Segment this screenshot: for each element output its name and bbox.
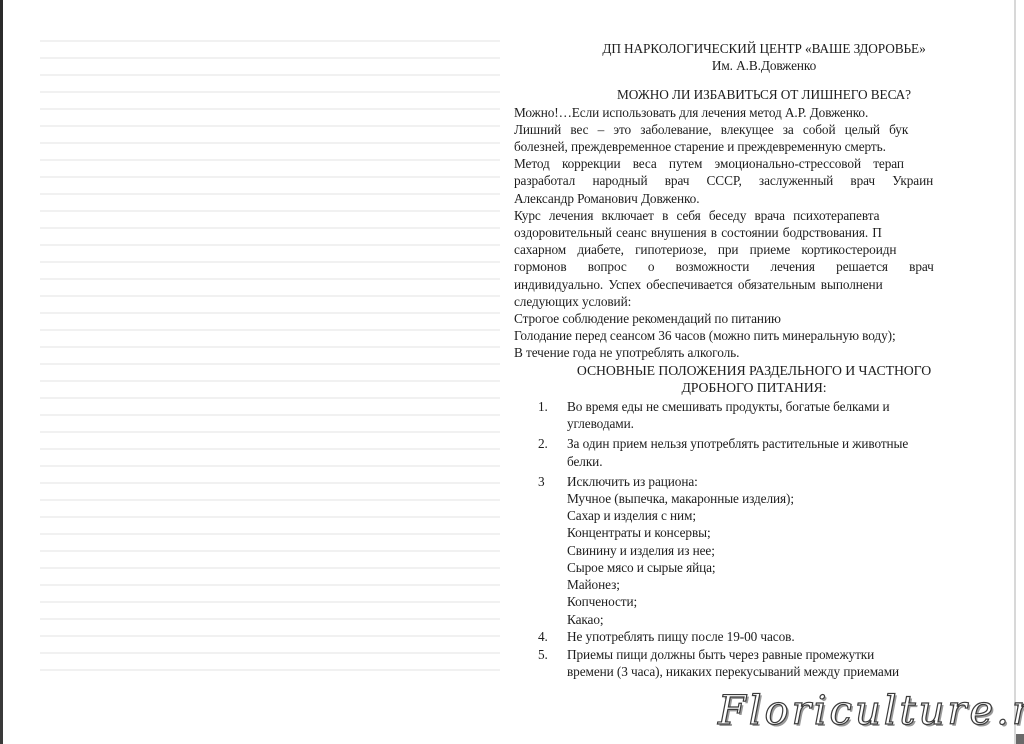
intro-line: сахарном диабете, гипотериозе, при прием… (514, 241, 1014, 258)
org-subtitle: Им. А.В.Довженко (554, 57, 974, 74)
rule-number: 3 (538, 473, 545, 490)
rule-item: 1. Во время еды не смешивать продукты, б… (514, 398, 1014, 432)
intro-line: Александр Романович Довженко. (514, 190, 1014, 207)
intro-paragraph: Можно!…Если использовать для лечения мет… (514, 104, 1014, 310)
rule-number: 4. (538, 628, 548, 645)
scan-left-edge (0, 0, 3, 744)
rule-text: Не употреблять пищу после 19-00 часов. (567, 628, 1014, 645)
excluded-food: Копчености; (514, 593, 1014, 610)
rule-item: 5. Приемы пищи должны быть через равные … (514, 646, 1014, 680)
intro-line: следующих условий: (514, 293, 1014, 310)
rule-number: 1. (538, 398, 548, 415)
excluded-food: Свинину и изделия из нее; (514, 542, 1014, 559)
rule-text: углеводами. (567, 415, 1014, 432)
rule-text: Исключить из рациона: (567, 473, 1014, 490)
excluded-food: Какао; (514, 611, 1014, 628)
condition-item: Строгое соблюдение рекомендаций по питан… (514, 310, 1014, 327)
intro-line: Курс лечения включает в себя беседу врач… (514, 207, 1014, 224)
intro-line: болезней, преждевременное старение и пре… (514, 138, 1014, 155)
scan-corner-shadow (1016, 734, 1024, 744)
rule-number: 2. (538, 435, 548, 452)
excluded-food: Сырое мясо и сырые яйца; (514, 559, 1014, 576)
excluded-food: Сахар и изделия с ним; (514, 507, 1014, 524)
rule-text: белки. (567, 453, 1014, 470)
rule-text: Приемы пищи должны быть через равные про… (567, 646, 1014, 663)
document-title: МОЖНО ЛИ ИЗБАВИТЬСЯ ОТ ЛИШНЕГО ВЕСА? (554, 86, 974, 103)
intro-line: Можно!…Если использовать для лечения мет… (514, 104, 1014, 121)
section-title: ОСНОВНЫЕ ПОЛОЖЕНИЯ РАЗДЕЛЬНОГО И ЧАСТНОГ… (534, 362, 974, 396)
document-page: ДП НАРКОЛОГИЧЕСКИЙ ЦЕНТР «ВАШЕ ЗДОРОВЬЕ»… (514, 40, 1014, 683)
rule-item: 3 Исключить из рациона: (514, 473, 1014, 490)
condition-item: В течение года не употреблять алкоголь. (514, 344, 1014, 361)
conditions-list: Строгое соблюдение рекомендаций по питан… (514, 310, 1014, 362)
nutrition-rules: 1. Во время еды не смешивать продукты, б… (514, 398, 1014, 490)
intro-line: Метод коррекции веса путем эмоционально-… (514, 155, 1014, 172)
section-title-line: ДРОБНОГО ПИТАНИЯ: (534, 379, 974, 396)
intro-line: оздоровительный сеанс внушения в состоян… (514, 224, 1014, 241)
excluded-food: Мучное (выпечка, макаронные изделия); (514, 490, 1014, 507)
rule-text: За один прием нельзя употреблять растите… (567, 435, 1014, 452)
scan-right-edge (1014, 0, 1016, 744)
rule-text: времени (3 часа), никаких перекусываний … (567, 663, 1014, 680)
excluded-food: Майонез; (514, 576, 1014, 593)
site-watermark: Floriculture.ru (718, 688, 1024, 734)
rule-number: 5. (538, 646, 548, 663)
reverse-side-show-through (40, 40, 500, 700)
org-title: ДП НАРКОЛОГИЧЕСКИЙ ЦЕНТР «ВАШЕ ЗДОРОВЬЕ» (554, 40, 974, 57)
section-title-line: ОСНОВНЫЕ ПОЛОЖЕНИЯ РАЗДЕЛЬНОГО И ЧАСТНОГ… (534, 362, 974, 379)
intro-line: разработал народный врач СССР, заслуженн… (514, 172, 1014, 189)
rule-item: 2. За один прием нельзя употреблять раст… (514, 435, 1014, 469)
excluded-food: Концентраты и консервы; (514, 524, 1014, 541)
rule-item: 4. Не употреблять пищу после 19-00 часов… (514, 628, 1014, 645)
nutrition-rules-continued: 4. Не употреблять пищу после 19-00 часов… (514, 628, 1014, 681)
intro-line: индивидуально. Успех обеспечивается обяз… (514, 276, 1014, 293)
intro-line: Лишний вес – это заболевание, влекущее з… (514, 121, 1014, 138)
rule-text: Во время еды не смешивать продукты, бога… (567, 398, 1014, 415)
intro-line: гормонов вопрос о возможности лечения ре… (514, 258, 1014, 275)
excluded-foods-list: Мучное (выпечка, макаронные изделия); Са… (514, 490, 1014, 628)
condition-item: Голодание перед сеансом 36 часов (можно … (514, 327, 1014, 344)
